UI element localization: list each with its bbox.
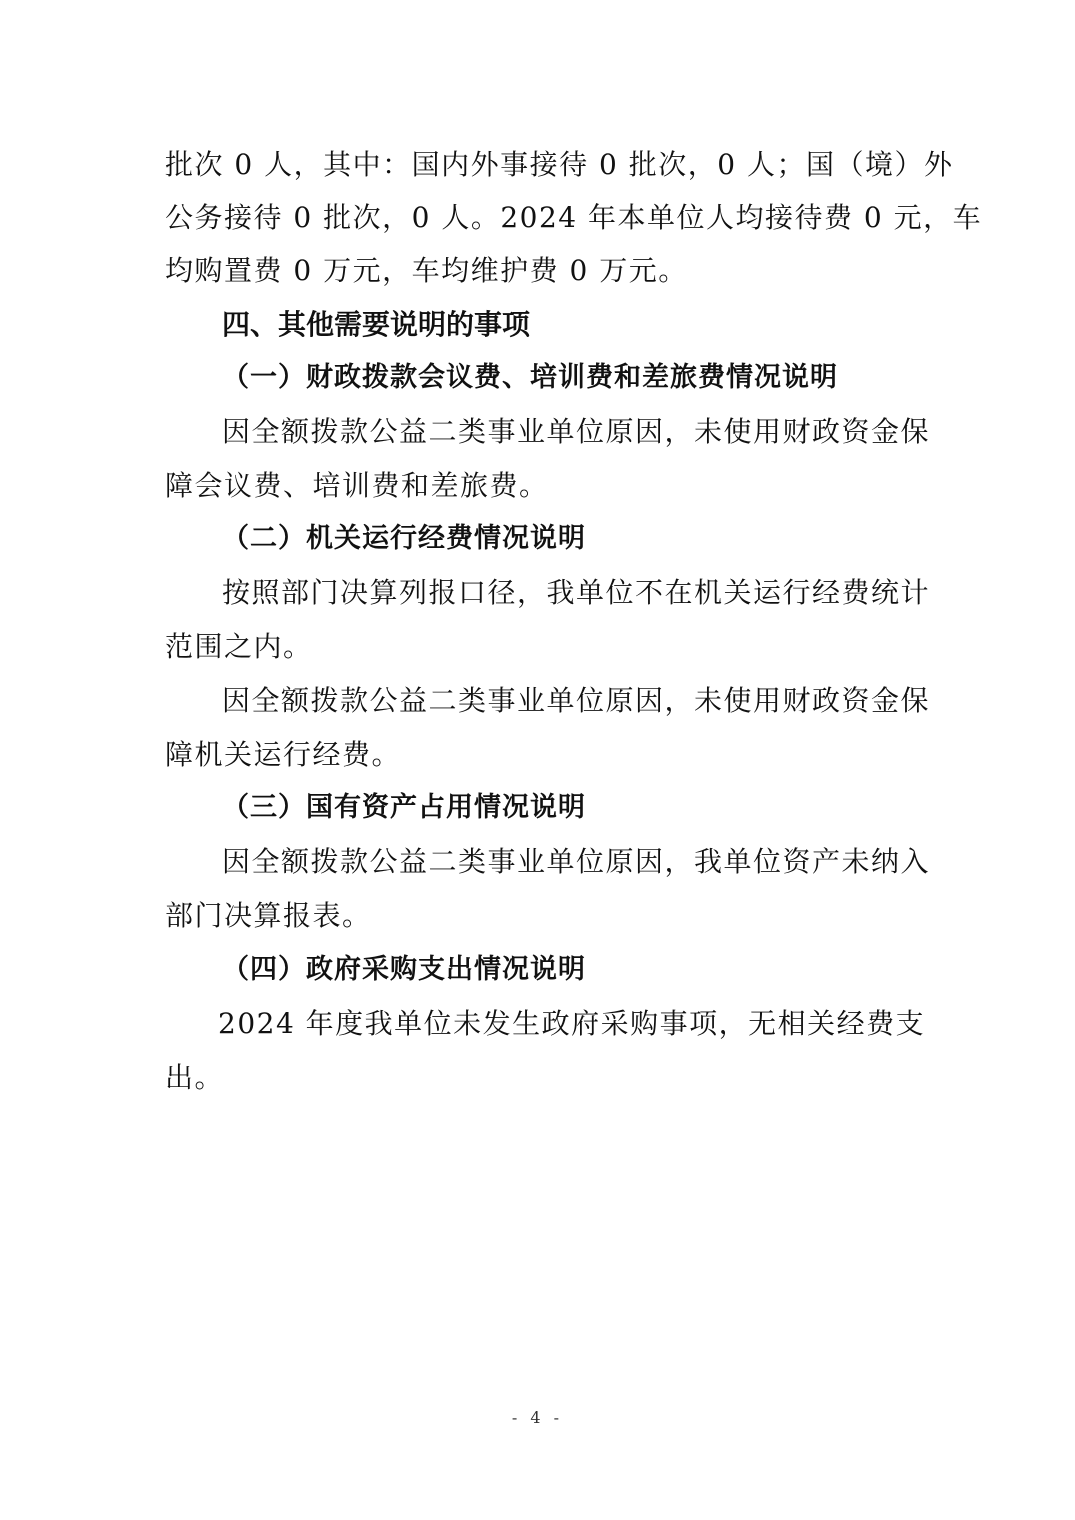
paragraph-line: 因全额拨款公益二类事业单位原因，我单位资产未纳入 <box>222 842 913 882</box>
paragraph-line: 障会议费、培训费和差旅费。 <box>165 466 913 506</box>
paragraph-line: 均购置费 0 万元，车均维护费 0 万元。 <box>165 251 913 291</box>
paragraph-line: 范围之内。 <box>165 627 913 667</box>
section-heading: 四、其他需要说明的事项 <box>222 305 970 345</box>
subsection-heading-4: （四）政府采购支出情况说明 <box>222 950 970 990</box>
paragraph-line: 因全额拨款公益二类事业单位原因，未使用财政资金保 <box>222 412 913 452</box>
subsection-heading-3: （三）国有资产占用情况说明 <box>222 788 970 828</box>
paragraph-line: 按照部门决算列报口径，我单位不在机关运行经费统计 <box>222 573 913 613</box>
paragraph-line: 出。 <box>165 1058 913 1098</box>
document-page: 批次 0 人，其中：国内外事接待 0 批次，0 人；国（境）外 公务接待 0 批… <box>0 0 1075 1520</box>
page-number: - 4 - <box>0 1408 1075 1427</box>
paragraph-line: 批次 0 人，其中：国内外事接待 0 批次，0 人；国（境）外 <box>165 145 913 185</box>
paragraph-line: 障机关运行经费。 <box>165 735 913 775</box>
paragraph-line: 因全额拨款公益二类事业单位原因，未使用财政资金保 <box>222 681 913 721</box>
subsection-heading-1: （一）财政拨款会议费、培训费和差旅费情况说明 <box>222 358 970 398</box>
paragraph-line: 部门决算报表。 <box>165 896 913 936</box>
paragraph-line: 公务接待 0 批次，0 人。2024 年本单位人均接待费 0 元，车 <box>165 198 913 238</box>
subsection-heading-2: （二）机关运行经费情况说明 <box>222 519 970 559</box>
paragraph-line: 2024 年度我单位未发生政府采购事项，无相关经费支 <box>218 1004 913 1044</box>
